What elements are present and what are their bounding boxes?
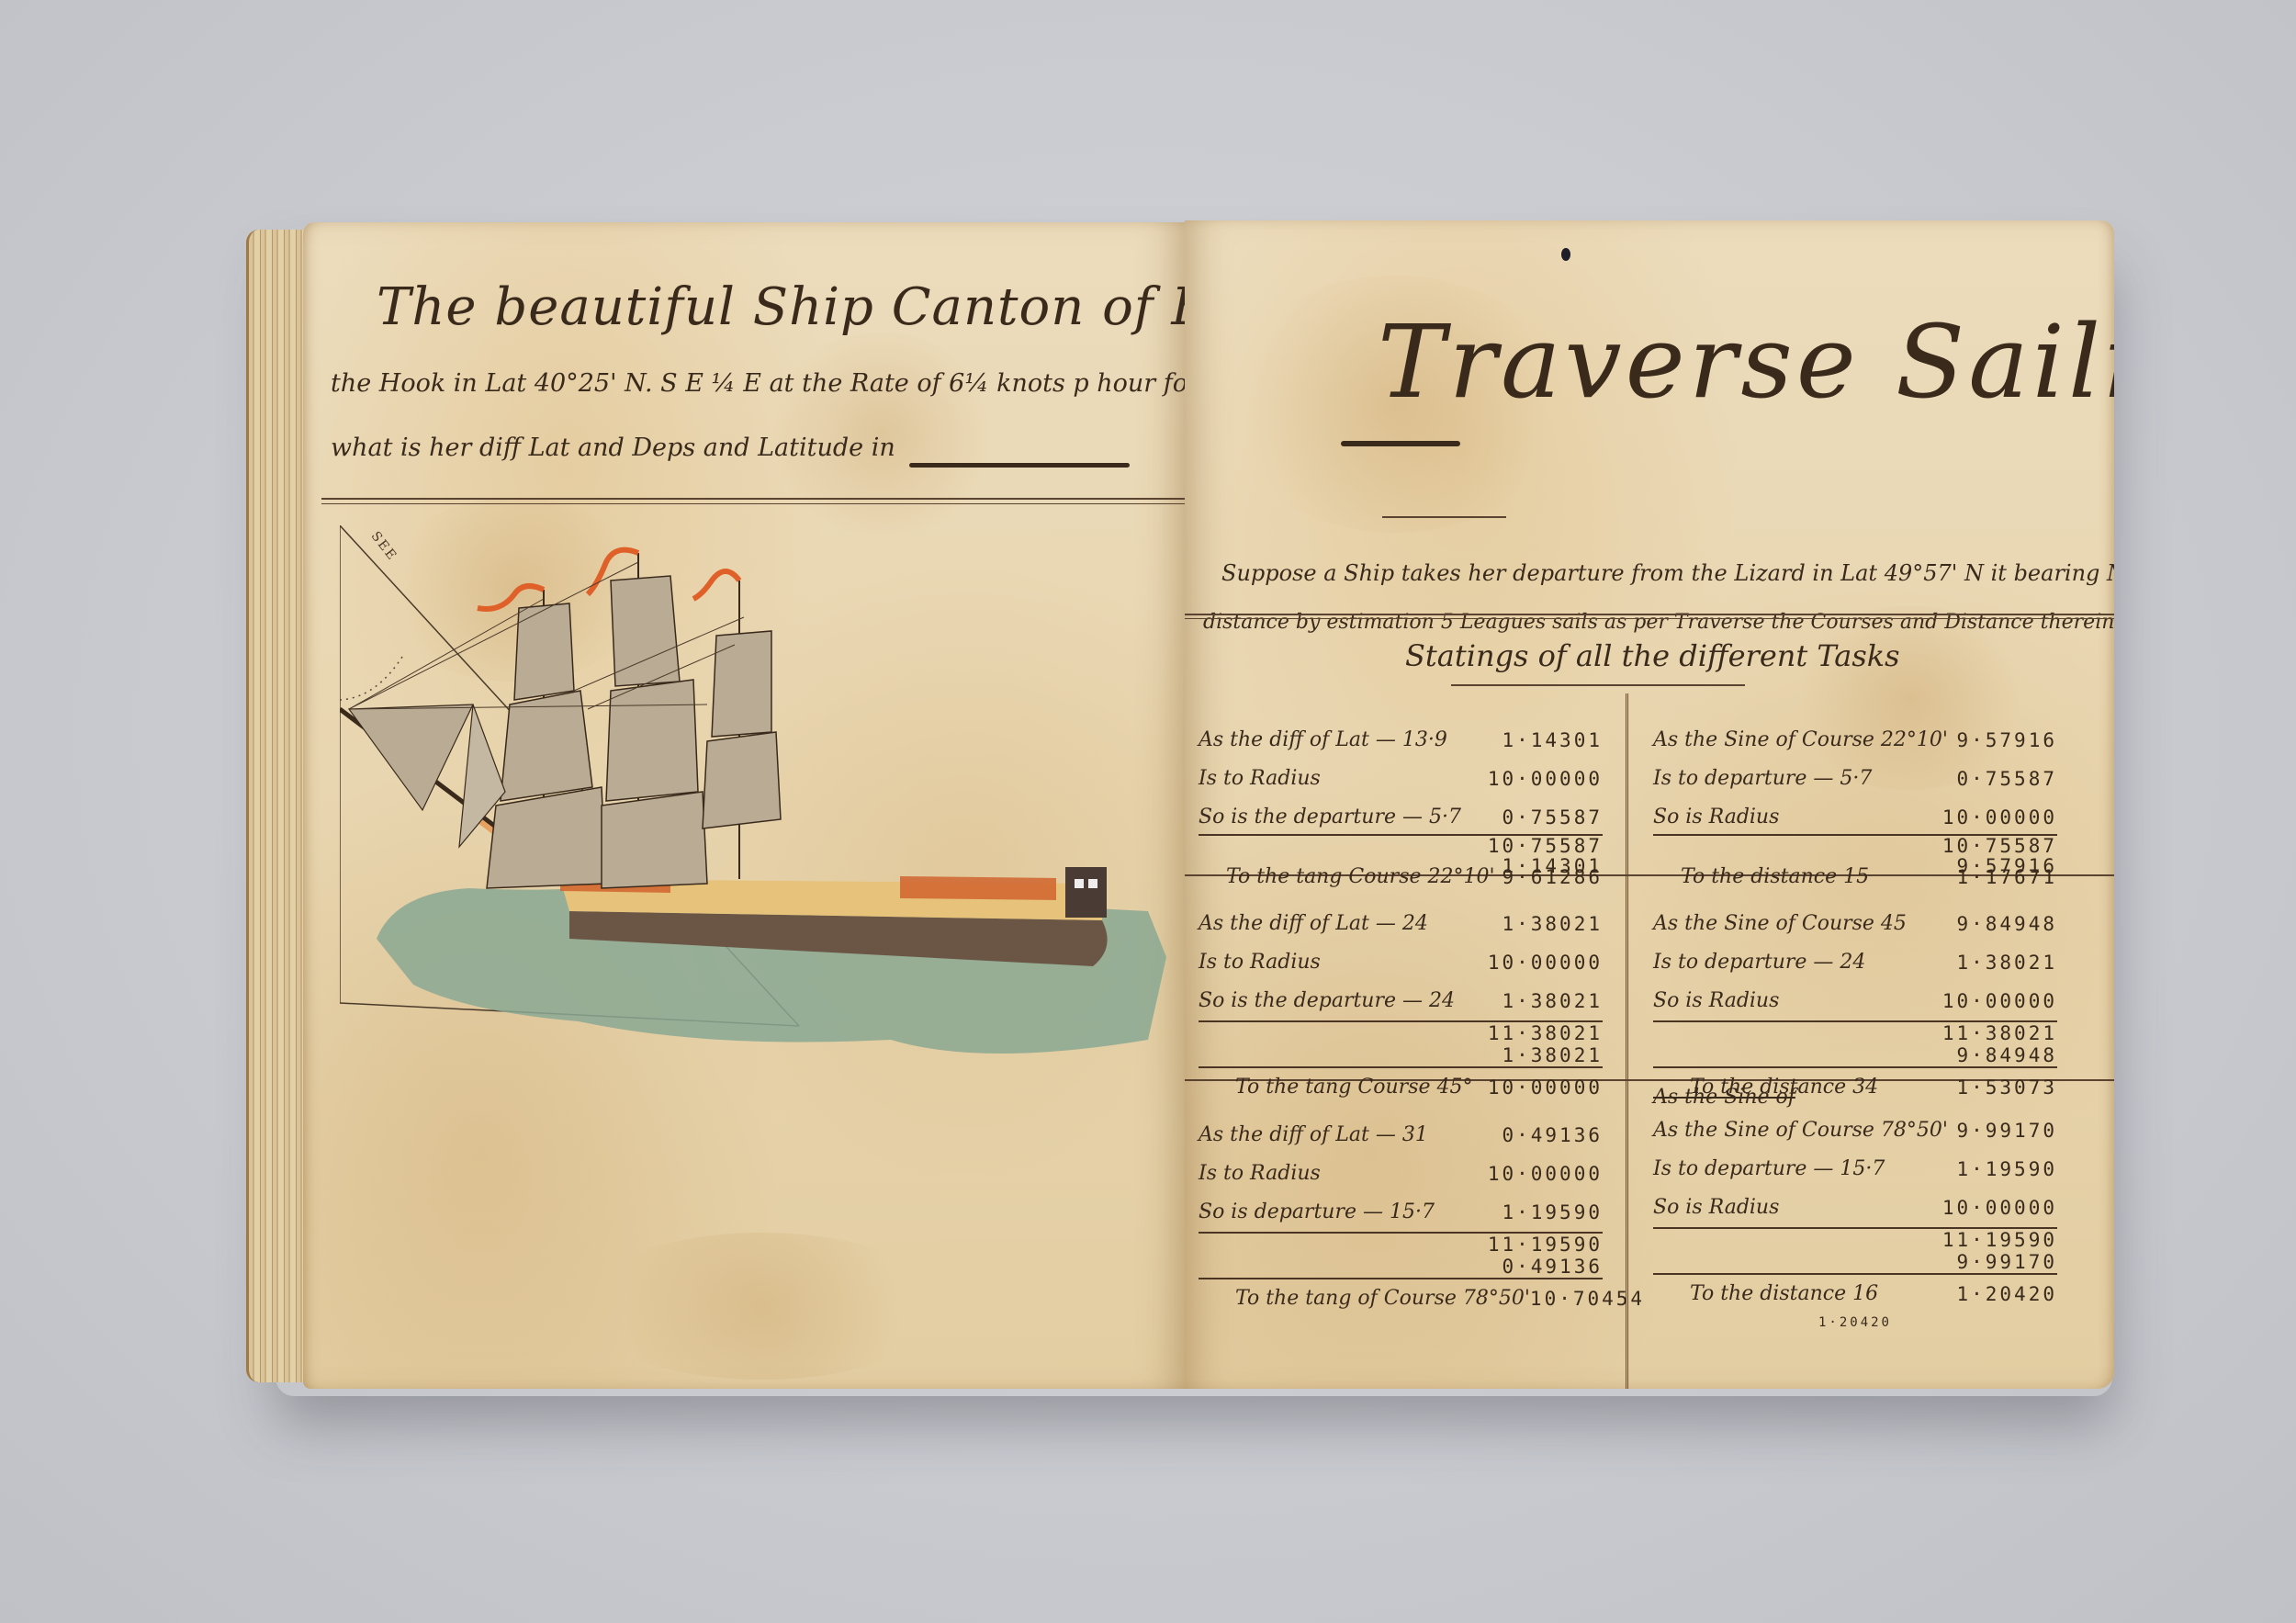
left-heading-line-1: The beautiful Ship Canton of East Indies… [377,277,1185,337]
page-title: Traverse Sailing [1378,303,2114,421]
flourish-stroke [909,463,1130,468]
stating-block-6: As the Sine of As the Sine of Course 78°… [1653,1084,2057,1332]
ship-drawing-svg [340,525,1166,1187]
subtitle-underline [1451,684,1745,686]
stating-result-1: To the tang Course 22°10'9·61286 [1226,845,1603,896]
left-heading-line-3: what is her diff Lat and Deps and Latitu… [331,434,895,462]
heading-divider-2 [321,503,1185,504]
right-page: Traverse Sailing Suppose a Ship takes he… [1185,220,2114,1389]
struck-heading: As the Sine of [1653,1084,2057,1111]
title-underline [1382,516,1506,518]
stating-block-2: As the Sine of Course 22°10'9·57916 Is t… [1653,721,2057,837]
stating-row: Is to Radius10·00000 [1199,760,1603,798]
problem-divider [1185,614,2114,615]
problem-divider-2 [1185,618,2114,619]
title-flourish [1341,441,1460,446]
stating-row: So is the departure — 5·70·75587 [1199,798,1603,837]
stating-block-1: As the diff of Lat — 13·91·14301 Is to R… [1199,721,1603,837]
stating-block-5: As the diff of Lat — 310·49136 Is to Rad… [1199,1116,1603,1318]
water-stain [579,1233,946,1380]
heading-divider [321,498,1185,500]
left-page: The beautiful Ship Canton of East Indies… [303,222,1185,1389]
statings-subtitle: Statings of all the different Tasks [1405,638,1900,673]
ink-blot [1561,248,1570,261]
problem-line-1: Suppose a Ship takes her departure from … [1221,560,2114,586]
pencil-note: 1·20420 [1653,1313,2057,1332]
stating-block-3: As the diff of Lat — 241·38021 Is to Rad… [1199,905,1603,1107]
open-manuscript-book: The beautiful Ship Canton of East Indies… [0,0,2296,1623]
left-heading-line-2: the Hook in Lat 40°25' N. S E ¼ E at the… [331,369,1185,398]
stating-result-2: To the distance 151·17671 [1681,845,2057,896]
stating-block-4: As the Sine of Course 459·84948 Is to de… [1653,905,2057,1107]
stating-row: As the diff of Lat — 13·91·14301 [1199,721,1603,760]
heading-main: The beautiful Ship Canton of East Indies [377,277,1185,337]
ship-illustration: SEE [340,525,1166,1187]
